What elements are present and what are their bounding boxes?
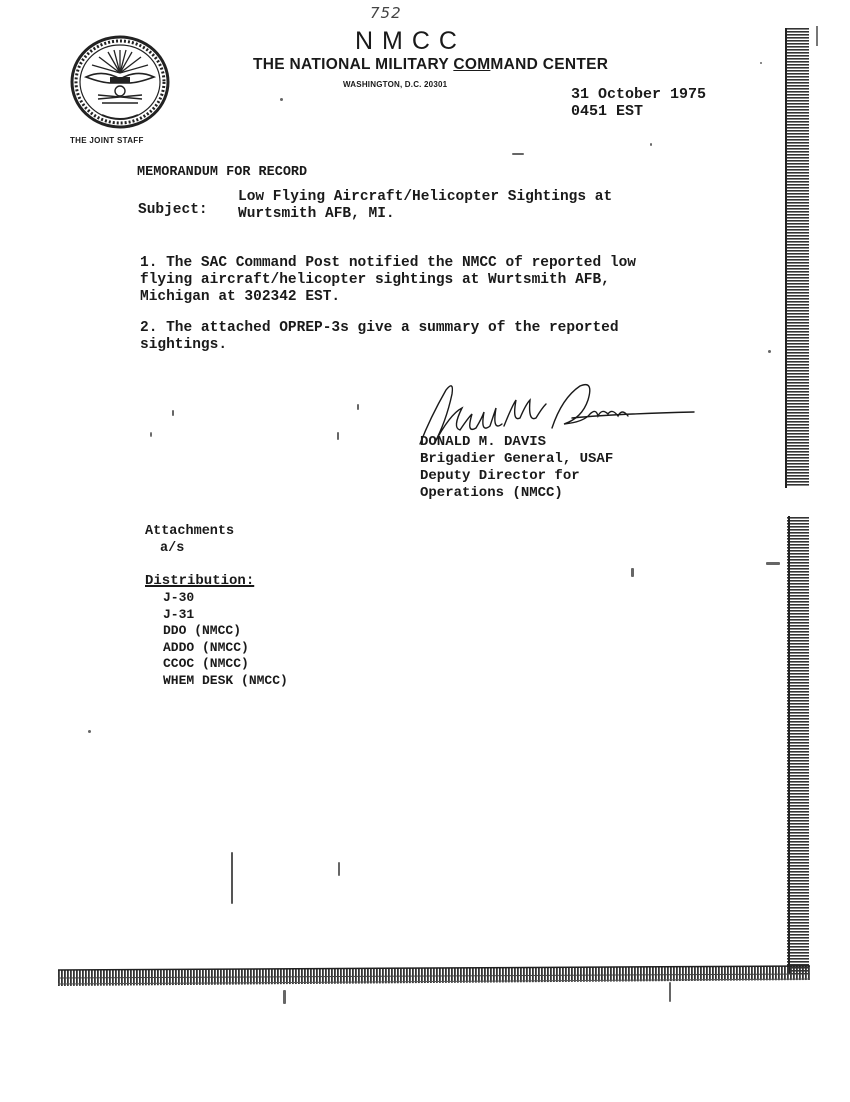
memo-paragraph-1: 1. The SAC Command Post notified the NMC… <box>140 255 730 306</box>
department-of-defense-seal-icon <box>68 33 172 131</box>
distribution-recipient: ADDO (NMCC) <box>163 640 288 657</box>
scan-speck <box>337 432 339 440</box>
scan-speck <box>760 62 762 64</box>
distribution-recipient: CCOC (NMCC) <box>163 656 288 673</box>
scan-speck <box>766 562 780 565</box>
agency-name: THE NATIONAL MILITARY COMMAND CENTER <box>253 56 608 74</box>
distribution-label: Distribution: <box>145 573 254 589</box>
distribution-recipient: J-30 <box>163 590 288 607</box>
handwritten-page-number: 752 <box>370 4 402 22</box>
agency-name-part: MAND CENTER <box>490 56 608 73</box>
scan-speck <box>283 990 286 1004</box>
scan-speck <box>357 404 359 410</box>
subject-text: Low Flying Aircraft/Helicopter Sightings… <box>238 189 678 223</box>
memo-type: MEMORANDUM FOR RECORD <box>137 165 307 180</box>
distribution-list: J-30 J-31 DDO (NMCC) ADDO (NMCC) CCOC (N… <box>163 590 288 689</box>
attachments-label: Attachments <box>145 524 234 539</box>
scan-speck <box>280 98 283 101</box>
scan-speck <box>88 730 91 733</box>
distribution-recipient: J-31 <box>163 607 288 624</box>
distribution-recipient: WHEM DESK (NMCC) <box>163 673 288 690</box>
agency-name-part: THE NATIONAL MILITARY <box>253 56 453 73</box>
scan-speck <box>768 350 771 353</box>
subject-label: Subject: <box>138 202 208 218</box>
distribution-recipient: DDO (NMCC) <box>163 623 288 640</box>
memo-paragraph-2: 2. The attached OPREP-3s give a summary … <box>140 320 730 354</box>
scan-speck <box>231 852 233 904</box>
agency-acronym: NMCC <box>355 27 466 56</box>
signature-block: DONALD M. DAVIS Brigadier General, USAF … <box>420 434 613 502</box>
agency-name-underlined-part: COM <box>453 56 490 73</box>
scan-speck <box>512 153 524 155</box>
memo-time: 0451 EST <box>571 103 706 120</box>
agency-address: WASHINGTON, D.C. 20301 <box>343 80 447 89</box>
memo-datetime: 31 October 1975 0451 EST <box>571 86 706 120</box>
memo-date: 31 October 1975 <box>571 86 706 103</box>
seal-caption: THE JOINT STAFF <box>70 136 144 145</box>
scan-speck <box>631 568 634 577</box>
scan-speck <box>172 410 174 416</box>
attachments-value: a/s <box>160 541 184 556</box>
scan-speck <box>669 982 671 1002</box>
scan-speck <box>338 862 340 876</box>
scan-speck <box>150 432 152 437</box>
scan-speck <box>650 143 652 146</box>
scan-mark <box>816 26 818 46</box>
scanned-page-edge-bottom <box>58 964 810 988</box>
scanned-page-edge-right <box>785 28 809 974</box>
